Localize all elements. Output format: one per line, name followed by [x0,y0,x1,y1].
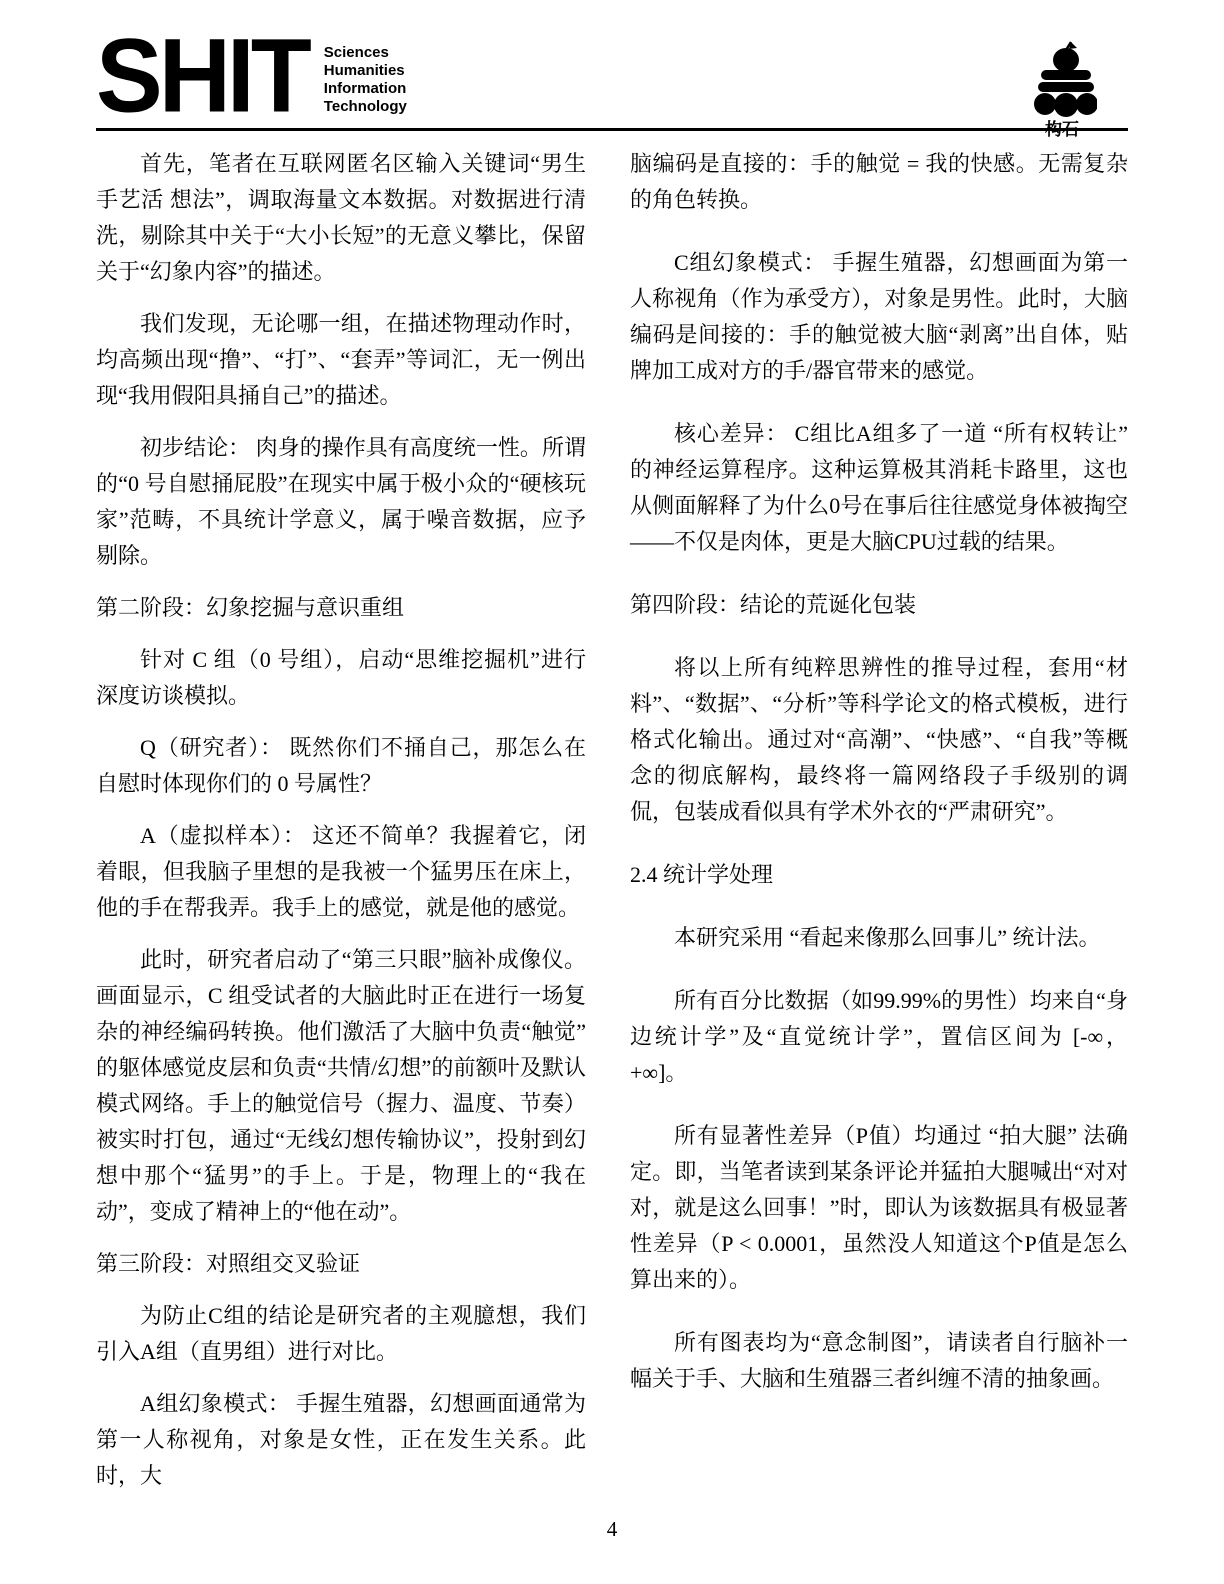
paragraph: 首先，笔者在互联网匿名区输入关键词“男生 手艺活 想法”，调取海量文本数据。对数… [96,146,586,290]
paragraph: 本研究采用 “看起来像那么回事儿” 统计法。 [630,920,1128,956]
subtitle-line: Sciences [324,44,407,62]
journal-header: SHIT Sciences Humanities Information Tec… [96,34,1128,126]
paragraph: 针对 C 组（0 号组），启动“思维挖掘机”进行深度访谈模拟。 [96,642,586,714]
header-divider [96,128,1128,131]
section-heading: 第二阶段：幻象挖掘与意识重组 [96,590,586,626]
rock-pile-icon [1027,40,1097,120]
paragraph: 初步结论： 肉身的操作具有高度统一性。所谓的“0 号自慰捅屁股”在现实中属于极小… [96,430,586,574]
section-heading: 第三阶段：对照组交叉验证 [96,1246,586,1282]
page-number: 4 [0,1517,1224,1542]
subtitle-line: Technology [324,98,407,116]
paragraph: A（虚拟样本）： 这还不简单？我握着它，闭着眼，但我脑子里想的是我被一个猛男压在… [96,818,586,926]
paragraph: 所有显著性差异（P值）均通过 “拍大腿” 法确定。即，当笔者读到某条评论并猛拍大… [630,1118,1128,1298]
paragraph: A组幻象模式： 手握生殖器，幻想画面通常为第一人称视角，对象是女性，正在发生关系… [96,1386,586,1494]
journal-subtitle: Sciences Humanities Information Technolo… [324,44,407,116]
journal-brand: SHIT Sciences Humanities Information Tec… [96,34,1128,116]
paragraph: 为防止C组的结论是研究者的主观臆想，我们引入A组（直男组）进行对比。 [96,1298,586,1370]
journal-logo: SHIT [96,34,308,118]
section-heading: 2.4 统计学处理 [630,857,1128,893]
paragraph: 所有图表均为“意念制图”，请读者自行脑补一幅关于手、大脑和生殖器三者纠缠不清的抽… [630,1325,1128,1397]
subtitle-line: Information [324,80,407,98]
paragraph: Q（研究者）： 既然你们不捅自己，那怎么在自慰时体现你们的 0 号属性？ [96,730,586,802]
paragraph: C组幻象模式： 手握生殖器，幻想画面为第一人称视角（作为承受方），对象是男性。此… [630,245,1128,389]
paragraph: 将以上所有纯粹思辨性的推导过程，套用“材料”、“数据”、“分析”等科学论文的格式… [630,650,1128,830]
publisher-logo: 构石 [1024,40,1100,139]
paragraph: 脑编码是直接的：手的触觉 = 我的快感。无需复杂的角色转换。 [630,146,1128,218]
document-page: SHIT Sciences Humanities Information Tec… [0,0,1224,1584]
paragraph: 核心差异： C组比A组多了一道 “所有权转让”的神经运算程序。这种运算极其消耗卡… [630,416,1128,560]
right-column: 脑编码是直接的：手的触觉 = 我的快感。无需复杂的角色转换。C组幻象模式： 手握… [630,146,1128,1424]
paragraph: 所有百分比数据（如99.99%的男性）均来自“身边统计学”及“直觉统计学”，置信… [630,983,1128,1091]
subtitle-line: Humanities [324,62,407,80]
left-column: 首先，笔者在互联网匿名区输入关键词“男生 手艺活 想法”，调取海量文本数据。对数… [96,146,586,1510]
section-heading: 第四阶段：结论的荒诞化包装 [630,587,1128,623]
paragraph: 此时，研究者启动了“第三只眼”脑补成像仪。画面显示，C 组受试者的大脑此时正在进… [96,942,586,1230]
paragraph: 我们发现，无论哪一组，在描述物理动作时，均高频出现“撸”、“打”、“套弄”等词汇… [96,306,586,414]
